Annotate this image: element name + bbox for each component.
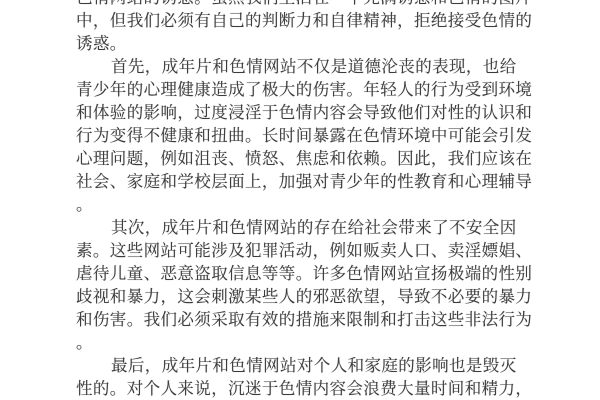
text-line: 和体验的影响，过度浸淫于色情内容会导致他们对性的认识和 (76, 101, 534, 124)
text-line: 首先，成年片和色情网站不仅是道德沦丧的表现，也给 (76, 55, 534, 78)
text-line: 虐待儿童、恶意盗取信息等等。许多色情网站宣扬极端的性别 (76, 262, 534, 285)
essay-text-block: 色情网站的诱惑。虽然我们生活在一个充满诱惑和色情的图片中，但我们必须有自己的判断… (76, 0, 534, 400)
text-line: 色情网站的诱惑。虽然我们生活在一个充满诱惑和色情的图片 (76, 0, 534, 9)
text-line: 歧视和暴力，这会刺激某些人的邪恶欲望，导致不必要的暴力 (76, 285, 534, 308)
text-line: 素。这些网站可能涉及犯罪活动，例如贩卖人口、卖淫嫖娼、 (76, 239, 534, 262)
text-line: 最后，成年片和色情网站对个人和家庭的影响也是毁灭 (76, 354, 534, 377)
document-page: 色情网站的诱惑。虽然我们生活在一个充满诱惑和色情的图片中，但我们必须有自己的判断… (0, 0, 600, 400)
text-line: 。 (76, 193, 534, 216)
text-line: 诱惑。 (76, 32, 534, 55)
text-line: 社会、家庭和学校层面上，加强对青少年的性教育和心理辅导 (76, 170, 534, 193)
text-line: 青少年的心理健康造成了极大的伤害。年轻人的行为受到环境 (76, 78, 534, 101)
text-line: 。 (76, 331, 534, 354)
text-line: 和伤害。我们必须采取有效的措施来限制和打击这些非法行为 (76, 308, 534, 331)
text-line: 其次，成年片和色情网站的存在给社会带来了不安全因 (76, 216, 534, 239)
text-line: 中，但我们必须有自己的判断力和自律精神，拒绝接受色情的 (76, 9, 534, 32)
text-line: 性的。对个人来说，沉迷于色情内容会浪费大量时间和精力， (76, 377, 534, 400)
text-line: 心理问题，例如沮丧、愤怒、焦虑和依赖。因此，我们应该在 (76, 147, 534, 170)
text-line: 行为变得不健康和扭曲。长时间暴露在色情环境中可能会引发 (76, 124, 534, 147)
